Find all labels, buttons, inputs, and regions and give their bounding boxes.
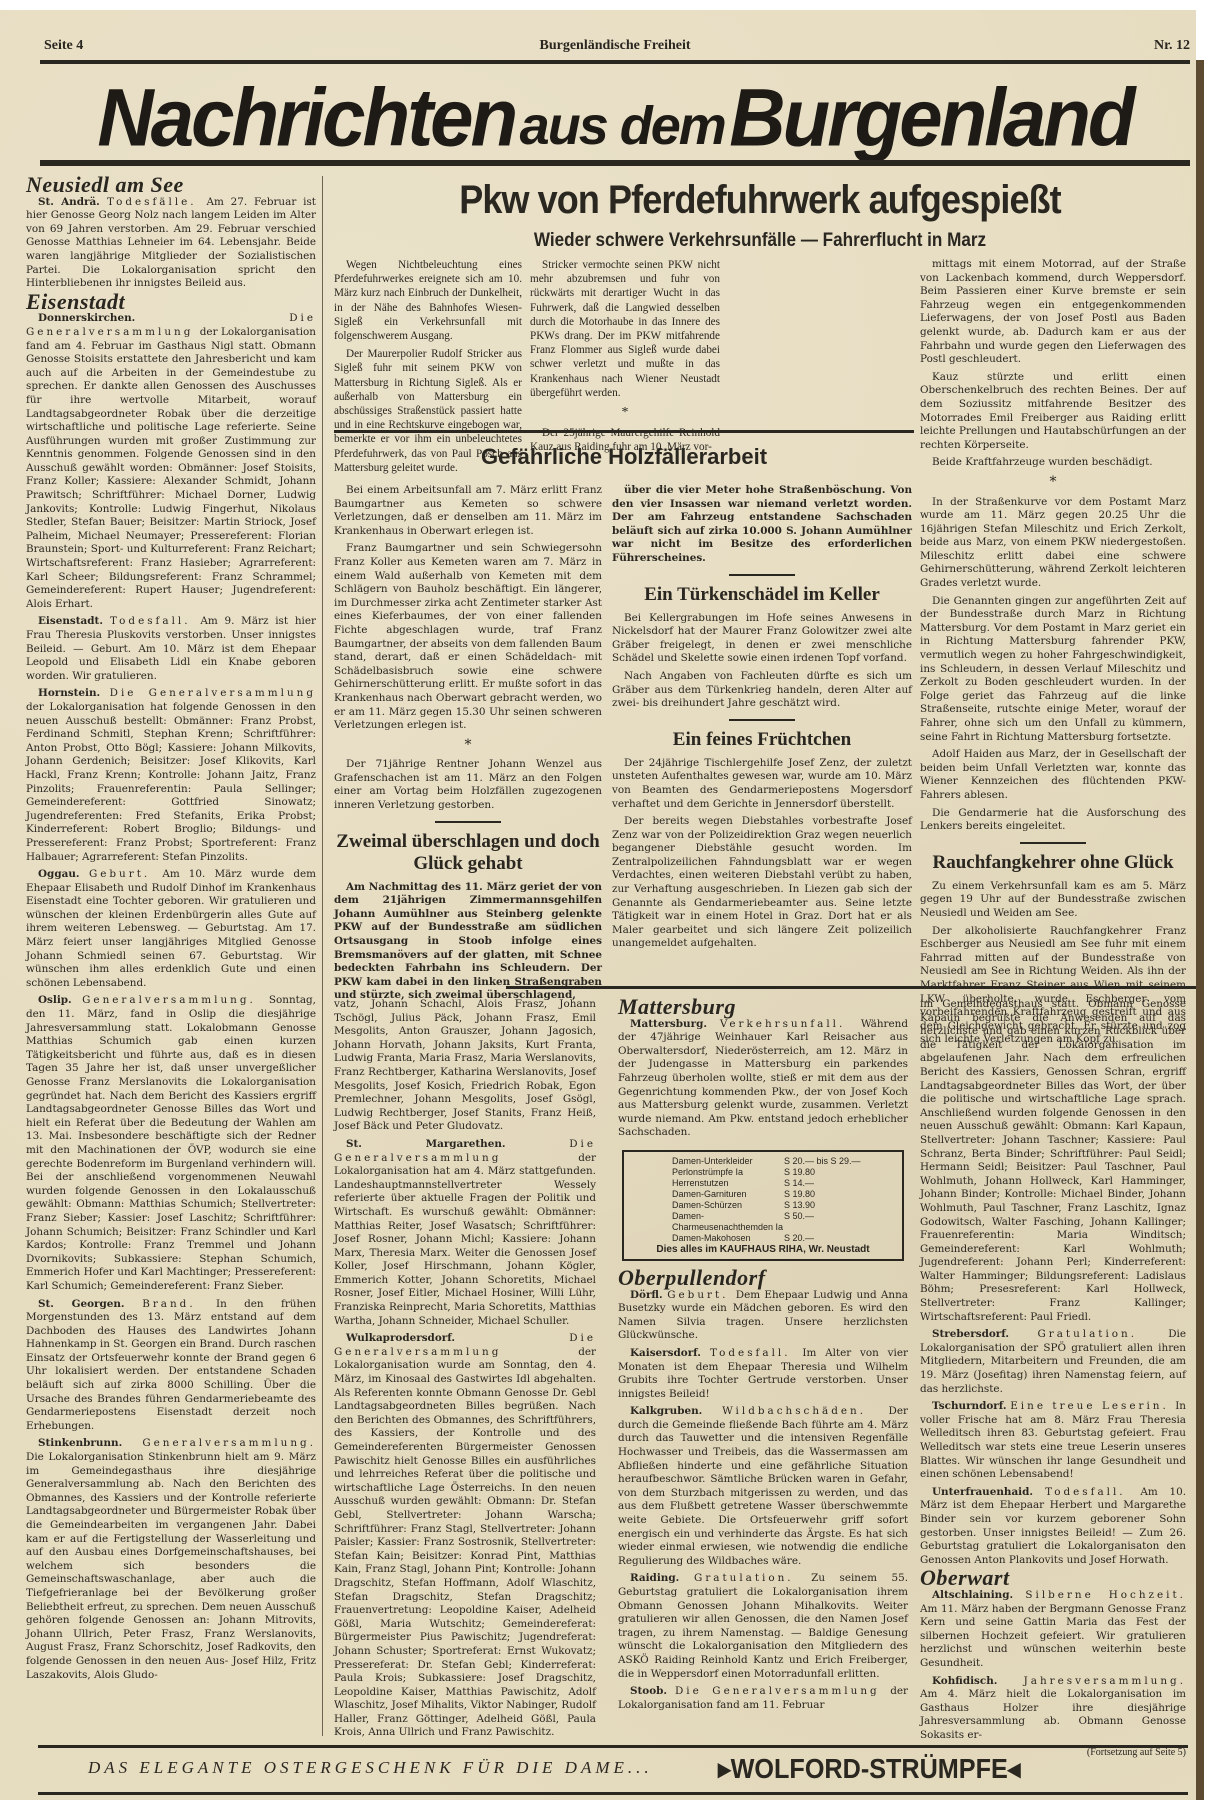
- paragraph: Nach Angaben von Fachleuten dürfte es si…: [612, 670, 912, 711]
- zweimal-headline: Zweimal überschlagen und doch Glück geha…: [334, 831, 602, 875]
- paragraph: Adolf Haiden aus Marz, der in Gesellscha…: [920, 748, 1186, 802]
- paragraph: Kauz stürzte und erlitt einen Oberschenk…: [920, 371, 1186, 453]
- left-column: Neusiedl am See St. Andrä. Todesfälle. A…: [26, 176, 316, 1686]
- news-item: Hornstein. Die Generalversammlung der Lo…: [26, 687, 316, 864]
- news-item: Eisenstadt. Todesfall. Am 9. März ist hi…: [26, 615, 316, 683]
- tuerken-headline: Ein Türkenschädel im Keller: [612, 584, 912, 606]
- ad-item: Damen-Schürzen: [632, 1200, 784, 1211]
- paragraph: Der 71jährige Rentner Johann Wenzel aus …: [334, 758, 602, 812]
- news-item-text: Sonntag, den 11. März, fand in Oslip die…: [26, 994, 316, 1291]
- ad-row: HerrenstutzenS 14.—: [632, 1178, 894, 1189]
- paragraph: über die vier Meter hohe Straßenböschung…: [612, 484, 912, 566]
- news-item-topic: Die Generalversammlung: [675, 1685, 890, 1697]
- news-item-topic: Todesfall.: [1045, 1486, 1140, 1498]
- paragraph: Bei Kellergrabungen im Hofe seines Anwes…: [612, 612, 912, 666]
- bottom-advertisement: DAS ELEGANTE OSTERGESCHENK FÜR DIE DAME.…: [38, 1745, 1188, 1795]
- tuerken-body: Bei Kellergrabungen im Hofe seines Anwes…: [612, 612, 912, 711]
- news-item: Strebersdorf. Gratulation. Die Lokalorga…: [920, 1328, 1186, 1396]
- news-item-place: Raiding.: [630, 1572, 694, 1584]
- news-item-topic: Gratulation.: [694, 1572, 811, 1584]
- ad-item: Damen-Unterkleider: [632, 1156, 784, 1167]
- news-item-topic: Todesfall.: [110, 615, 200, 627]
- news-item-place: St. Margarethen.: [346, 1138, 569, 1150]
- mattersburg-items: Mattersburg. Verkehrsunfall. Während der…: [618, 1018, 908, 1140]
- banner-word-3: Burgenland: [729, 70, 1132, 166]
- section-banner: Nachrichten aus dem Burgenland: [40, 72, 1190, 160]
- ad-row: Damen-GarniturenS 19.80: [632, 1189, 894, 1200]
- main-story-col3: mittags mit einem Motorrad, auf der Stra…: [920, 258, 1186, 834]
- news-item-place: Mattersburg.: [630, 1018, 720, 1030]
- news-item-topic: Generalversammlung.: [142, 1437, 316, 1449]
- news-item-place: Tschurndorf.: [932, 1400, 1010, 1412]
- short-rule: [435, 821, 501, 823]
- news-item-topic: Wildbachschäden.: [722, 1405, 888, 1417]
- ad-price: S 19.80: [784, 1167, 894, 1178]
- column-divider: [322, 176, 323, 1736]
- zweimal-body: Am Nachmittag des 11. März geriet der vo…: [334, 881, 602, 1003]
- region-heading-mattersburg: Mattersburg: [618, 1000, 908, 1014]
- news-item: St. Georgen. Brand. In den frühen Morgen…: [26, 1298, 316, 1434]
- fruechtchen-body: Der 24jährige Tischlergehilfe Josef Zenz…: [612, 757, 912, 951]
- news-item: Raiding. Gratulation. Zu seinem 55. Gebu…: [618, 1572, 908, 1681]
- news-item-place: Dörfl.: [630, 1289, 667, 1301]
- holz-col2: über die vier Meter hohe Straßenböschung…: [612, 484, 912, 955]
- ad-row: Damen-UnterkleiderS 20.— bis S 29.—: [632, 1156, 894, 1167]
- newspaper-page: Seite 4 Burgenländische Freiheit Nr. 12 …: [0, 0, 1196, 1800]
- news-item-text: Am 10. März wurde dem Ehepaar Elisabeth …: [26, 868, 316, 989]
- ad-price: S 19.80: [784, 1189, 894, 1200]
- news-item-place: Eisenstadt.: [38, 615, 110, 627]
- banner-word-1: Nachrichten: [97, 70, 515, 166]
- news-item-place: Unterfrauenhaid.: [932, 1486, 1045, 1498]
- paragraph: Zu einem Verkehrsunfall kam es am 5. Mär…: [920, 880, 1186, 921]
- news-item-place: Kohfidisch.: [932, 1675, 1024, 1687]
- news-item-text: Am 11. März haben der Bergmann Genosse F…: [920, 1603, 1186, 1669]
- news-item-text: Während der 47jährige Weinhauer Karl Rei…: [618, 1018, 908, 1139]
- holz-col2-paras: über die vier Meter hohe Straßenböschung…: [612, 484, 912, 566]
- news-item-topic: Verkehrsunfall.: [720, 1018, 861, 1030]
- news-item-topic: Todesfälle.: [107, 196, 207, 208]
- news-item-place: St. Georgen.: [38, 1298, 142, 1310]
- short-rule: [729, 719, 795, 721]
- news-item-text: der Lokalorganisation wurde am Sonntag, …: [334, 1346, 596, 1739]
- short-rule: [729, 574, 795, 576]
- right-lower-items: Strebersdorf. Gratulation. Die Lokalorga…: [920, 1328, 1186, 1567]
- news-item-place: Wulkaprodersdorf.: [346, 1332, 569, 1344]
- ad-footer: Dies alles im KAUFHAUS RIHA, Wr. Neustad…: [632, 1244, 894, 1255]
- paragraph: Franz Baumgartner und sein Schwiegersohn…: [334, 542, 602, 732]
- news-item-topic: Die Generalversammlung: [110, 687, 316, 699]
- news-item-topic: Brand.: [142, 1298, 216, 1310]
- ad-row: Damen-SchürzenS 13.90: [632, 1200, 894, 1211]
- scan-border: [0, 0, 1231, 10]
- paragraph: In der Straßenkurve vor dem Postamt Marz…: [920, 496, 1186, 591]
- ad-row: Damen-Charmeusenachthemden IaS 50.—: [632, 1211, 894, 1233]
- news-item-topic: Gratulation.: [1037, 1328, 1168, 1340]
- ad-price: S 13.90: [784, 1200, 894, 1211]
- news-item-topic: Generalversammlung.: [82, 994, 269, 1006]
- paragraph: Die Gendarmerie hat die Ausforschung des…: [920, 807, 1186, 834]
- ad-price: S 50.—: [784, 1211, 894, 1233]
- fruechtchen-headline: Ein feines Früchtchen: [612, 729, 912, 751]
- news-item-text: In den frühen Morgenstunden des 13. März…: [26, 1298, 316, 1432]
- news-item-text: der Lokalorganisation hat folgende Genos…: [26, 701, 316, 863]
- news-item-place: Altschlaining.: [932, 1589, 1025, 1601]
- section-rule: [506, 986, 1196, 989]
- oberwart-items: Altschlaining. Silberne Hochzeit. Am 11.…: [920, 1589, 1186, 1743]
- short-rule: [1020, 842, 1086, 844]
- neusiedl-items: St. Andrä. Todesfälle. Am 27. Februar is…: [26, 196, 316, 291]
- news-item: Altschlaining. Silberne Hochzeit. Am 11.…: [920, 1589, 1186, 1671]
- ad-kaufhaus-riha: Damen-UnterkleiderS 20.— bis S 29.—Perlo…: [622, 1150, 904, 1261]
- news-item: Unterfrauenhaid. Todesfall. Am 10. März …: [920, 1486, 1186, 1568]
- separator-asterisk: *: [530, 406, 720, 420]
- paragraph: Stricker vermochte seinen PKW nicht mehr…: [530, 258, 720, 400]
- news-item: Kohfidisch. Jahresversammlung. Am 4. Mär…: [920, 1675, 1186, 1743]
- ad-item: Damen-Garnituren: [632, 1189, 784, 1200]
- news-item-text: Der durch die Gemeinde fließende Bach fü…: [618, 1405, 908, 1567]
- news-item-text: der Lokalorganisation fand am 4. Februar…: [26, 326, 316, 610]
- news-item-topic: Silberne Hochzeit.: [1025, 1589, 1186, 1601]
- ad-item: Damen-Charmeusenachthemden Ia: [632, 1211, 784, 1233]
- news-item-place: Oslip.: [38, 994, 82, 1006]
- news-item: Oslip. Generalversammlung. Sonntag, den …: [26, 994, 316, 1293]
- ad-price: S 14.—: [784, 1178, 894, 1189]
- ad-brand: ▸WOLFORD-STRÜMPFE◂: [718, 1752, 1020, 1785]
- ad-item: Perlonstrümpfe Ia: [632, 1167, 784, 1178]
- ad-item: Damen-Makohosen: [632, 1233, 784, 1244]
- paragraph: mittags mit einem Motorrad, auf der Stra…: [920, 258, 1186, 367]
- page-edge: [1196, 60, 1204, 1800]
- ad-price: S 20.— bis S 29.—: [784, 1156, 894, 1167]
- news-item: Stinkenbrunn. Generalversammlung. Die Lo…: [26, 1437, 316, 1682]
- right-lower-column: im Gemeindegasthaus statt. Obmann Genoss…: [920, 998, 1186, 1760]
- news-item-topic: Eine treue Leserin.: [1010, 1400, 1175, 1412]
- region-heading-oberwart: Oberwart: [920, 1571, 1186, 1585]
- main-headline: Pkw von Pferdefuhrwerk aufgespießt: [373, 178, 1147, 223]
- news-item: Mattersburg. Verkehrsunfall. Während der…: [618, 1018, 908, 1140]
- continuation-text: im Gemeindegasthaus statt. Obmann Genoss…: [920, 998, 1186, 1324]
- region-heading-eisenstadt: Eisenstadt: [26, 295, 316, 309]
- news-item-place: St. Andrä.: [38, 196, 107, 208]
- eisenstadt-items: Donnerskirchen. Die Generalversammlung d…: [26, 312, 316, 1682]
- paragraph: Wegen Nichtbeleuchtung eines Pferdefuhrw…: [334, 258, 522, 343]
- banner-rule: [40, 160, 1190, 166]
- news-item: Wulkaprodersdorf. Die Generalversammlung…: [334, 1332, 596, 1740]
- right-column-top: mittags mit einem Motorrad, auf der Stra…: [920, 258, 1186, 1051]
- news-item-place: Stoob.: [630, 1685, 675, 1697]
- paragraph: Der bereits wegen Diebstahles vorbestraf…: [612, 815, 912, 951]
- masthead: Seite 4 Burgenländische Freiheit Nr. 12: [40, 36, 1190, 58]
- news-item-text: Am 4. März hielt die Lokalorganisation i…: [920, 1688, 1186, 1741]
- separator-asterisk: *: [920, 476, 1186, 490]
- ad-price-list: Damen-UnterkleiderS 20.— bis S 29.—Perlo…: [632, 1156, 894, 1244]
- issue-number: Nr. 12: [1154, 38, 1190, 54]
- news-item-text: der Lokalorganisation hat am 4. März sta…: [334, 1152, 596, 1327]
- mattersburg-column: Mattersburg Mattersburg. Verkehrsunfall.…: [618, 998, 908, 1716]
- paragraph: Die Genannten gingen zur angeführten Zei…: [920, 595, 1186, 745]
- ad-tagline: DAS ELEGANTE OSTERGESCHENK FÜR DIE DAME.…: [88, 1758, 653, 1778]
- news-item-text: Am 27. Februar ist hier Genosse Georg No…: [26, 196, 316, 290]
- ad-price: S 20.—: [784, 1233, 894, 1244]
- main-subheadline: Wieder schwere Verkehrsunfälle — Fahrerf…: [373, 230, 1147, 252]
- news-item-place: Oggau.: [38, 868, 89, 880]
- oberpullendorf-items: Dörfl. Geburt. Dem Ehepaar Ludwig und An…: [618, 1289, 908, 1713]
- news-item-topic: Geburt.: [667, 1289, 736, 1301]
- news-item-place: Strebersdorf.: [932, 1328, 1037, 1340]
- news-item: Kalkgruben. Wildbachschäden. Der durch d…: [618, 1405, 908, 1568]
- paragraph: Beide Kraftfahrzeuge wurden beschädigt.: [920, 456, 1186, 470]
- holz-paras: Bei einem Arbeitsunfall am 7. März erlit…: [334, 484, 602, 813]
- holz-headline: Gefährliche Holzfällerarbeit: [334, 444, 914, 470]
- region-heading-neusiedl: Neusiedl am See: [26, 178, 316, 192]
- news-item-topic: Geburt.: [89, 868, 162, 880]
- main-story-rule: [334, 430, 914, 433]
- news-item-place: Donnerskirchen.: [38, 312, 289, 324]
- banner-word-2: aus dem: [520, 96, 725, 156]
- news-item-place: Hornstein.: [38, 687, 110, 699]
- middle-lower-column: vatz, Johann Schachl, Alois Frasz, Johan…: [334, 998, 596, 1744]
- news-item-place: Stinkenbrunn.: [38, 1437, 142, 1449]
- rauchfang-headline: Rauchfangkehrer ohne Glück: [920, 852, 1186, 874]
- ad-item: Herrenstutzen: [632, 1178, 784, 1189]
- separator-asterisk: *: [334, 739, 602, 753]
- news-item-place: Kalkgruben.: [630, 1405, 722, 1417]
- news-item: Dörfl. Geburt. Dem Ehepaar Ludwig und An…: [618, 1289, 908, 1343]
- news-item-text: Die Lokalorganisation Stinkenbrunn hielt…: [26, 1451, 316, 1681]
- region-heading-oberpullendorf: Oberpullendorf: [618, 1271, 908, 1285]
- ad-row: Perlonstrümpfe IaS 19.80: [632, 1167, 894, 1178]
- news-item-text: Zu seinem 55. Geburtstag gratuliert die …: [618, 1572, 908, 1679]
- main-story-col2: Stricker vermochte seinen PKW nicht mehr…: [530, 258, 720, 459]
- news-item: Donnerskirchen. Die Generalversammlung d…: [26, 312, 316, 611]
- news-item-place: Kaisersdorf.: [630, 1347, 710, 1359]
- continuation-text: vatz, Johann Schachl, Alois Frasz, Johan…: [334, 998, 596, 1134]
- holz-col1: Bei einem Arbeitsunfall am 7. März erlit…: [334, 484, 602, 1003]
- ad-row: Damen-MakohosenS 20.—: [632, 1233, 894, 1244]
- news-item: Tschurndorf. Eine treue Leserin. In voll…: [920, 1400, 1186, 1482]
- paper-name: Burgenländische Freiheit: [40, 38, 1190, 54]
- masthead-rule: [40, 60, 1190, 64]
- paragraph: Der 24jährige Tischlergehilfe Josef Zenz…: [612, 757, 912, 811]
- news-item-topic: Jahresversammlung.: [1024, 1675, 1186, 1687]
- middle-lower-items: St. Margarethen. Die Generalversammlung …: [334, 1138, 596, 1740]
- paragraph: Bei einem Arbeitsunfall am 7. März erlit…: [334, 484, 602, 538]
- news-item: Stoob. Die Generalversammlung der Lokalo…: [618, 1685, 908, 1712]
- news-item: St. Andrä. Todesfälle. Am 27. Februar is…: [26, 196, 316, 291]
- news-item: Kaisersdorf. Todesfall. Im Alter von vie…: [618, 1347, 908, 1401]
- news-item: Oggau. Geburt. Am 10. März wurde dem Ehe…: [26, 868, 316, 990]
- news-item: St. Margarethen. Die Generalversammlung …: [334, 1138, 596, 1328]
- news-item-topic: Todesfall.: [710, 1347, 802, 1359]
